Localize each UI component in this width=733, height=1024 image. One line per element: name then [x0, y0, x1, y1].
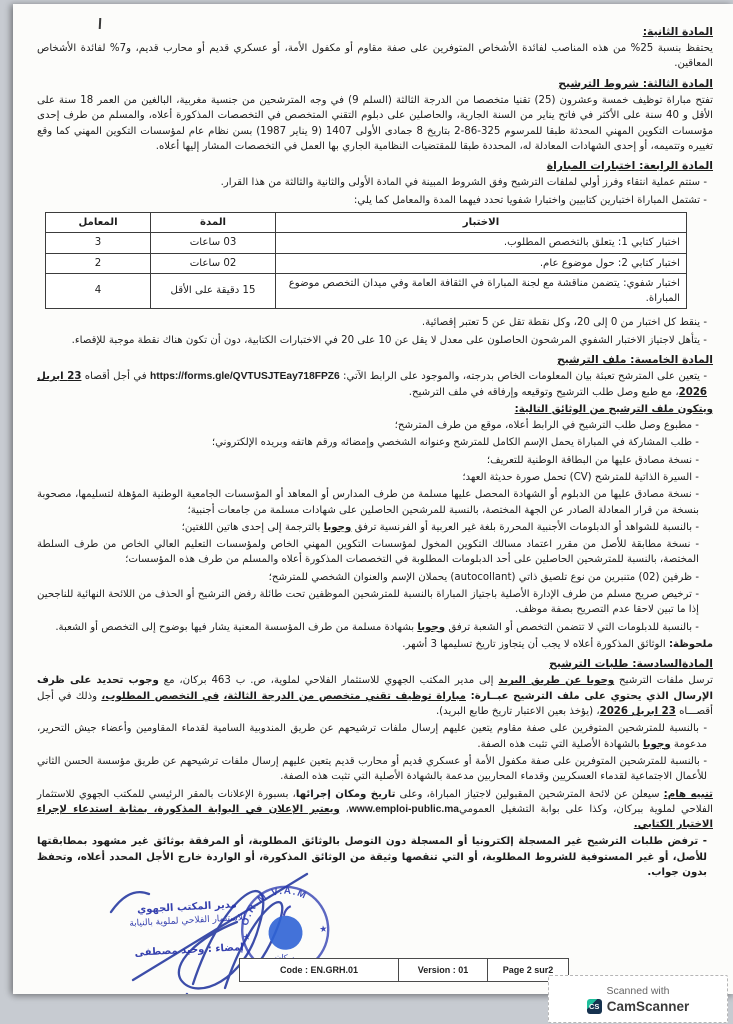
note-label: ملحوظة: — [669, 639, 713, 650]
document-item-9: - ترخيص صريح مسلم من طرف الإدارة الأصلية… — [37, 587, 713, 618]
exam-table: الاختبار المدة المعامل اختبار كتابي 1: ي… — [45, 212, 687, 309]
exam-table-header-exam: الاختبار — [276, 212, 687, 232]
document-item-1: - مطبوع وصل طلب الترشيح في الرابط أعلاه،… — [37, 418, 713, 433]
exam-table-header-coefficient: المعامل — [46, 212, 151, 232]
deadline-date: 23 ابريل 2026 — [600, 706, 676, 717]
footer-version: Version : 01 — [399, 959, 488, 981]
coefficient-cell: 2 — [46, 253, 151, 273]
exam-cell: اختبار شفوي: يتضمن مناقشة مع لجنة المبار… — [276, 273, 687, 309]
emploi-public-url: www.emploi-public.ma — [349, 804, 459, 815]
note-paragraph: ملحوظة: الوثائق المذكورة أعلاه لا يجب أن… — [37, 637, 713, 652]
coefficient-cell: 4 — [46, 273, 151, 309]
article-6-bullet-1: - بالنسبة للمترشحين المتوفرين على صفة مق… — [37, 721, 713, 752]
document-item-2: - طلب المشاركة في المباراة يحمل الإسم ال… — [37, 435, 713, 450]
article-6-bullet-2: - بالنسبة للمترشحين المتوفرين على صفة مك… — [37, 754, 713, 785]
duration-cell: 03 ساعات — [151, 233, 276, 253]
article-4-bullet-1: - ستتم عملية انتقاء وفرز أولي لملفات الت… — [37, 175, 713, 190]
document-page: المادة الثانية: يحتفظ بنسبة 25% من هذه ا… — [13, 4, 733, 994]
document-item-5: - نسخة مصادق عليها من الدبلوم أو الشهادة… — [37, 487, 713, 518]
article-2-heading: المادة الثانية: — [37, 24, 713, 40]
seal-fruit-icon — [267, 914, 304, 951]
document-item-3: - نسخة مصادق عليها من البطاقة الوطنية لل… — [37, 453, 713, 468]
document-item-6: - بالنسبة للشواهد أو الدبلومات الأجنبية … — [37, 520, 713, 535]
article-5-paragraph: - يتعين على المترشح تعبئة بيان المعلومات… — [37, 369, 713, 400]
camscanner-badge: Scanned with CS CamScanner — [548, 975, 728, 1023]
documents-list-heading: ويتكون ملف الترشيح من الوثائق التالية: — [37, 402, 713, 417]
article-6-heading: المادةالسادسة: طلبات الترشيح — [37, 656, 713, 672]
camscanner-logo-icon: CS — [587, 999, 602, 1014]
footer-code-table: Code : EN.GRH.01 Version : 01 Page 2 sur… — [239, 958, 569, 982]
exam-cell: اختبار كتابي 1: يتعلق بالتخصص المطلوب. — [276, 233, 687, 253]
scanned-with-label: Scanned with — [606, 985, 669, 997]
exam-cell: اختبار كتابي 2: حول موضوع عام. — [276, 253, 687, 273]
exam-table-header-row: الاختبار المدة المعامل — [46, 212, 687, 232]
article-5-heading: المادة الخامسة: ملف الترشيح — [37, 352, 713, 368]
table-row: اختبار كتابي 1: يتعلق بالتخصص المطلوب. 0… — [46, 233, 687, 253]
article-3-body: تفتح مباراة توظيف خمسة وعشرون (25) تقنيا… — [37, 93, 713, 154]
seal-star-right: ★ — [319, 925, 328, 936]
coefficient-cell: 3 — [46, 233, 151, 253]
duration-cell: 15 دقيقة على الأقل — [151, 273, 276, 309]
camscanner-brand: CamScanner — [607, 999, 690, 1014]
exam-table-header-duration: المدة — [151, 212, 276, 232]
document-item-8: - ظرفين (02) متنبرين من نوع تلصيق ذاتي (… — [37, 570, 713, 585]
duration-cell: 02 ساعات — [151, 253, 276, 273]
notice-label: تنبيه هام: — [664, 789, 713, 800]
article-3-heading: المادة الثالثة: شروط الترشيح — [37, 76, 713, 92]
footer-code: Code : EN.GRH.01 — [240, 959, 399, 981]
article-2-body: يحتفظ بنسبة 25% من هذه المناصب لفائدة ال… — [37, 41, 713, 72]
table-row: اختبار كتابي 2: حول موضوع عام. 02 ساعات … — [46, 253, 687, 273]
article-4-bullet-2: - تشتمل المباراة اختبارين كتابيين واختبا… — [37, 193, 713, 208]
document-item-10: - بالنسبة للدبلومات التي لا تتضمن التخصص… — [37, 620, 713, 635]
document-item-7: - نسخة مطابقة للأصل من مقرر اعتماد مسالك… — [37, 537, 713, 568]
form-url: https://forms.gle/QVTUSJTEay718FPZ6 — [150, 371, 340, 382]
document-item-4: - السيرة الذاتية للمترشح (CV) تحمل صورة … — [37, 470, 713, 485]
article-4-heading: المادة الرابعة: اختبارات المباراة — [37, 158, 713, 174]
table-row: اختبار شفوي: يتضمن مناقشة مع لجنة المبار… — [46, 273, 687, 309]
important-notice: تنبيه هام: سيعلن عن لائحة المترشحين المق… — [37, 787, 713, 833]
seal-star-left: ★ — [242, 933, 251, 944]
article-6-paragraph: ترسل ملفات الترشيح وجوبا عن طريق البريد … — [37, 673, 713, 719]
scoring-bullet-2: - يتأهل لاجتياز الاختبار الشفوي المرشحون… — [37, 333, 713, 348]
scoring-bullet-1: - ينقط كل اختبار من 0 إلى 20، وكل نقطة ت… — [37, 315, 713, 330]
